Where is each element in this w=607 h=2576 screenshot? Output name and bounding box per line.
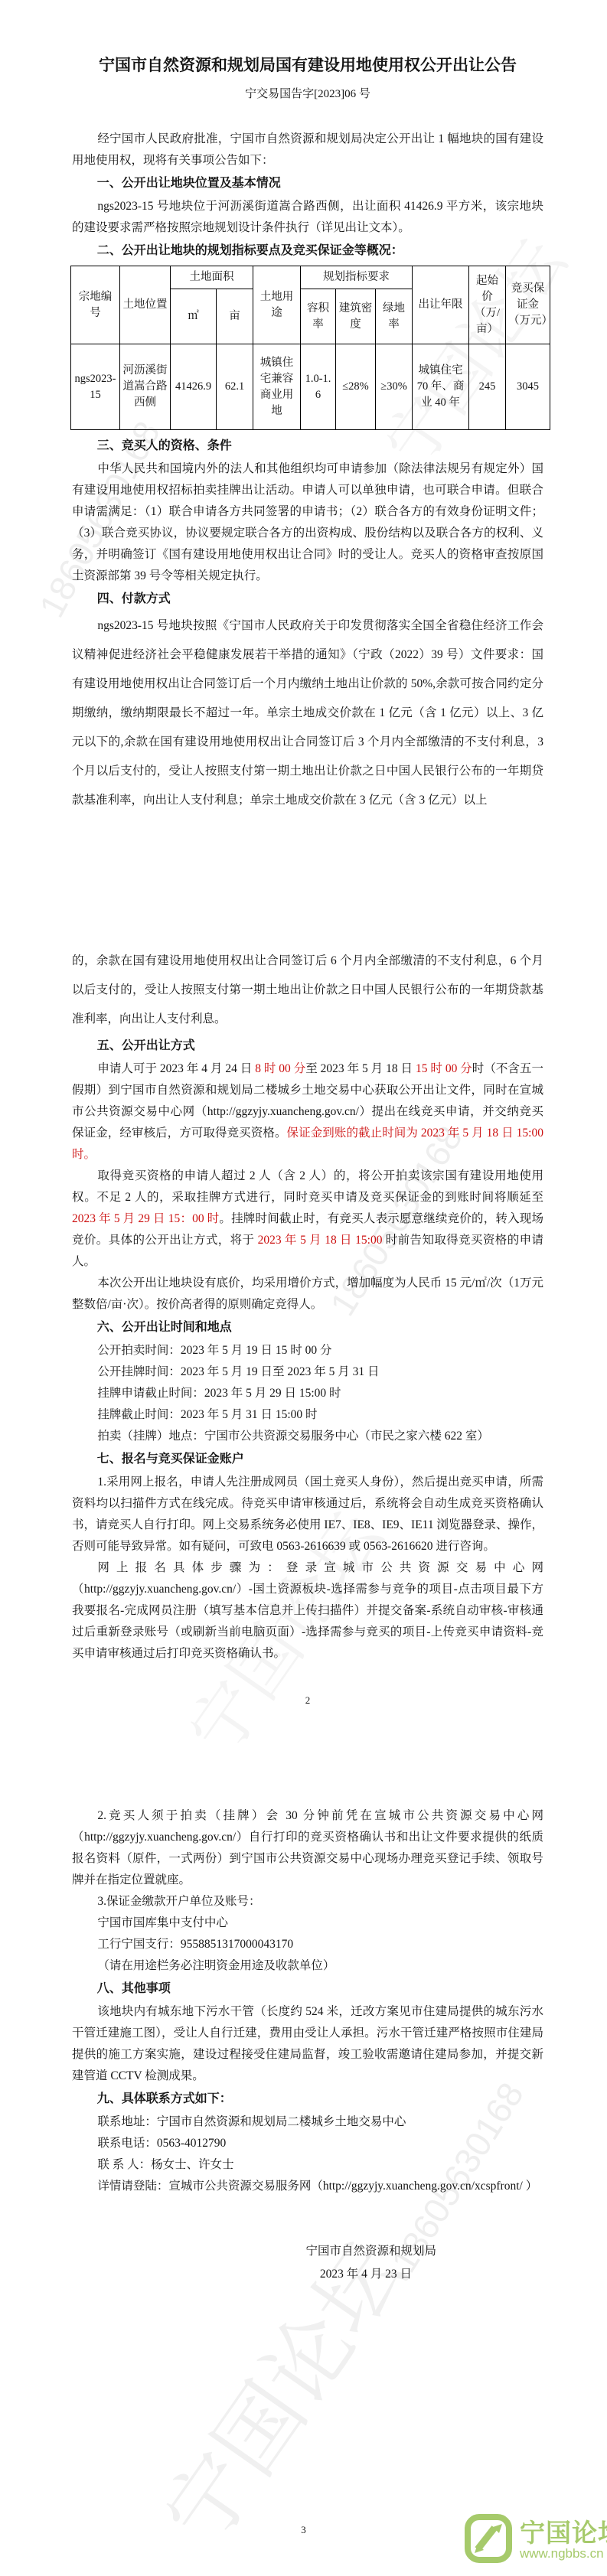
paragraph-text: 3.保证金缴款开户单位及账号： [97, 1895, 260, 1908]
forum-brand: 宁国论坛 www.ngbbs.cn [464, 2513, 607, 2568]
paragraph-text: 1.采用网上报名，申请人先注册成网员（国土竞买人身份），然后提出竞买申请，所需资… [72, 1475, 543, 1553]
paragraph: 联 系 人：杨女士、许女士 [72, 2154, 543, 2176]
paragraph: ngs2023-15 号地块位于河沥溪街道嵩合路西侧，出让面积 41426.9 … [72, 196, 543, 239]
paragraph: 拍卖（挂牌）地点：宁国市公共资源交易服务中心（市民之家六楼 622 室） [72, 1426, 543, 1447]
section-heading: 一、公开出让地块位置及基本情况 [72, 172, 543, 195]
blocks-after-table: 三、竞买人的资格、条件中华人民共和国境内外的法人和其他组织均可申请参加（除法律法… [72, 435, 543, 2197]
paragraph: 工行宁国支行：9558851317000043170 [72, 1934, 543, 1955]
announcement-document: 18605630168宁国论坛18605630168宁国论坛1860563016… [0, 0, 607, 2576]
signature-block: 宁国市自然资源和规划局 2023 年 4 月 23 日 [72, 2240, 543, 2286]
paragraph: 公开挂牌时间：2023 年 5 月 19 日至 2023 年 5 月 31 日 [72, 1361, 543, 1383]
section-heading: 三、竞买人的资格、条件 [72, 435, 543, 458]
paragraph-text: 详情请登陆：宣城市公共资源交易服务网（http://ggzyjy.xuanche… [97, 2180, 537, 2193]
paragraph: 联系地址：宁国市自然资源和规划局二楼城乡土地交易中心 [72, 2111, 543, 2133]
paragraph: 经宁国市人民政府批准，宁国市自然资源和规划局决定公开出让 1 幅地块的国有建设用… [72, 129, 543, 171]
col-header-green: 绿地率 [376, 289, 413, 344]
paragraph-text: 至 2023 年 5 月 18 日 [305, 1062, 416, 1075]
col-header-land-area: 土地面积 [171, 266, 253, 289]
signature-org: 宁国市自然资源和规划局 [72, 2240, 543, 2263]
deadline-highlight-text: 2023 年 5 月 18 日 15:00 [258, 1234, 383, 1247]
paragraph-text: 网上报名具体步骤为：登录宣城市公共资源交易中心网（http://ggzyjy.x… [72, 1561, 543, 1660]
signature-date: 2023 年 4 月 23 日 [72, 2263, 543, 2286]
paragraph: 申请人可于 2023 年 4 月 24 日 8 时 00 分至 2023 年 5… [72, 1058, 543, 1166]
cell-green: ≥30% [376, 344, 413, 430]
table-row: ngs2023-15 河沥溪街道嵩合路西侧 41426.9 62.1 城镇住宅兼… [71, 344, 550, 430]
paragraph: 详情请登陆：宣城市公共资源交易服务网（http://ggzyjy.xuanche… [72, 2176, 543, 2197]
page-break-gap [72, 1707, 543, 1805]
paragraph: 挂牌截止时间：2023 年 5 月 31 日 15:00 时 [72, 1404, 543, 1426]
col-header-land-use: 土地用途 [253, 266, 301, 344]
paragraph: 中华人民共和国境内外的法人和其他组织均可申请参加（除法律法规另有规定外）国有建设… [72, 458, 543, 587]
paragraph: 联系电话：0563-4012790 [72, 2133, 543, 2154]
paragraph-text: 挂牌申请截止时间：2023 年 5 月 29 日 15:00 时 [97, 1387, 341, 1400]
cell-far: 1.0-1.6 [301, 344, 336, 430]
paragraph-text: 联 系 人：杨女士、许女士 [97, 2158, 233, 2171]
section-heading: 五、公开出让方式 [72, 1035, 543, 1058]
paragraph-text: 该地块内有城东地下污水干管（长度约 524 米，迁改方案见市住建局提供的城东污水… [72, 2005, 543, 2082]
paragraph-text: 申请人可于 2023 年 4 月 24 日 [97, 1062, 255, 1075]
cell-term: 城镇住宅 70 年、商业 40 年 [413, 344, 469, 430]
paragraph-text: 拍卖（挂牌）地点：宁国市公共资源交易服务中心（市民之家六楼 622 室） [97, 1430, 489, 1443]
deadline-highlight-text: 2023 年 5 月 29 日 15：00 时 [72, 1212, 219, 1225]
paragraph: 网上报名具体步骤为：登录宣城市公共资源交易中心网（http://ggzyjy.x… [72, 1557, 543, 1665]
forum-url: www.ngbbs.cn [520, 2547, 607, 2561]
col-header-far: 容积率 [301, 289, 336, 344]
paragraph-text: 联系地址：宁国市自然资源和规划局二楼城乡土地交易中心 [97, 2115, 406, 2128]
section-heading: 六、公开出让时间和地点 [72, 1316, 543, 1339]
paragraph: （请在用途栏务必注明资金用途及收款单位） [72, 1955, 543, 1977]
page-number: 2 [72, 1694, 543, 1707]
deadline-highlight-text: 8 时 00 分 [255, 1062, 305, 1075]
section-heading: 八、其他事项 [72, 1978, 543, 2000]
paragraph-text: 经宁国市人民政府批准，宁国市自然资源和规划局决定公开出让 1 幅地块的国有建设用… [72, 132, 543, 167]
cell-mu: 62.1 [217, 344, 253, 430]
cell-start-price: 245 [469, 344, 506, 430]
paragraph: 的，余款在国有建设用地使用权出让合同签订后 6 个月内全部缴清的不支付利息，6 … [72, 947, 543, 1034]
paragraph: 公开拍卖时间：2023 年 5 月 19 日 15 时 00 分 [72, 1340, 543, 1361]
section-heading: 九、具体联系方式如下： [72, 2088, 543, 2111]
blocks-before-table: 经宁国市人民政府批准，宁国市自然资源和规划局决定公开出让 1 幅地块的国有建设用… [72, 129, 543, 262]
page-title: 宁国市自然资源和规划局国有建设用地使用权公开出让公告 [72, 55, 543, 77]
paragraph-text: 工行宁国支行：9558851317000043170 [97, 1938, 293, 1951]
cell-deposit: 3045 [506, 344, 550, 430]
paragraph: 1.采用网上报名，申请人先注册成网员（国土竞买人身份），然后提出竞买申请，所需资… [72, 1472, 543, 1557]
ngbbs-logo-icon [464, 2513, 513, 2568]
paragraph: 2.竞买人须于拍卖（挂牌）会 30 分钟前凭在宣城市公共资源交易中心网（http… [72, 1805, 543, 1891]
paragraph-text: 取得竞买资格的申请人超过 2 人（含 2 人）的，将公开拍卖该宗国有建设用地使用… [72, 1169, 543, 1204]
paragraph: 挂牌申请截止时间：2023 年 5 月 29 日 15:00 时 [72, 1383, 543, 1404]
paragraph: 该地块内有城东地下污水干管（长度约 524 米，迁改方案见市住建局提供的城东污水… [72, 2001, 543, 2087]
section-heading: 二、公开出让地块的规划指标要点及竞买保证金等概况： [72, 240, 543, 262]
document-content: 宁国市自然资源和规划局国有建设用地使用权公开出让公告 宁交易国告字[2023]0… [0, 0, 607, 2286]
paragraph-text: 公开拍卖时间：2023 年 5 月 19 日 15 时 00 分 [97, 1344, 331, 1357]
col-header-mu: 亩 [217, 289, 253, 344]
paragraph-text: （请在用途栏务必注明资金用途及收款单位） [97, 1959, 335, 1972]
paragraph-text: 中华人民共和国境内外的法人和其他组织均可申请参加（除法律法规另有规定外）国有建设… [72, 462, 543, 582]
col-header-term: 出让年限 [413, 266, 469, 344]
paragraph-text: ngs2023-15 号地块按照《宁国市人民政府关于印发贯彻落实全国全省稳住经济… [72, 619, 543, 807]
cell-sqm: 41426.9 [171, 344, 217, 430]
paragraph-text: ngs2023-15 号地块位于河沥溪街道嵩合路西侧，出让面积 41426.9 … [72, 200, 543, 234]
paragraph-text: 联系电话：0563-4012790 [97, 2137, 226, 2150]
cell-location: 河沥溪街道嵩合路西侧 [120, 344, 171, 430]
cell-density: ≤28% [336, 344, 376, 430]
paragraph: ngs2023-15 号地块按照《宁国市人民政府关于印发贯彻落实全国全省稳住经济… [72, 611, 543, 815]
paragraph-text: 公开挂牌时间：2023 年 5 月 19 日至 2023 年 5 月 31 日 [97, 1365, 379, 1378]
cell-land-use: 城镇住宅兼容商业用地 [253, 344, 301, 430]
col-header-density: 建筑密度 [336, 289, 376, 344]
paragraph-text: 本次公开出让地块设有底价，均采用增价方式，增加幅度为人民币 15 元/㎡/次（1… [72, 1277, 543, 1311]
col-header-deposit: 竞买保证金（万元） [506, 266, 550, 344]
paragraph-text: 2.竞买人须于拍卖（挂牌）会 30 分钟前凭在宣城市公共资源交易中心网（http… [72, 1809, 543, 1886]
col-header-start-price: 起始价（万/亩） [469, 266, 506, 344]
forum-name: 宁国论坛 [520, 2520, 607, 2547]
cell-parcel-no: ngs2023-15 [71, 344, 120, 430]
paragraph: 取得竞买资格的申请人超过 2 人（含 2 人）的，将公开拍卖该宗国有建设用地使用… [72, 1166, 543, 1273]
paragraph-text: 挂牌截止时间：2023 年 5 月 31 日 15:00 时 [97, 1408, 317, 1421]
page-break-gap [72, 815, 543, 947]
section-heading: 七、报名与竞买保证金账户 [72, 1448, 543, 1471]
paragraph-text: 的，余款在国有建设用地使用权出让合同签订后 6 个月内全部缴清的不支付利息，6 … [72, 954, 543, 1026]
deadline-highlight-text: 15 时 00 分 [416, 1062, 472, 1075]
paragraph-text: 宁国市国库集中支付中心 [97, 1916, 228, 1929]
col-header-plan-req: 规划指标要求 [301, 266, 413, 289]
paragraph: 宁国市国库集中支付中心 [72, 1912, 543, 1934]
paragraph: 本次公开出让地块设有底价，均采用增价方式，增加幅度为人民币 15 元/㎡/次（1… [72, 1273, 543, 1316]
col-header-parcel-no: 宗地编号 [71, 266, 120, 344]
section-heading: 四、付款方式 [72, 588, 543, 611]
parcel-table: 宗地编号 土地位置 土地面积 土地用途 规划指标要求 出让年限 起始价（万/亩）… [70, 266, 550, 430]
col-header-sqm: ㎡ [171, 289, 217, 344]
document-number: 宁交易国告字[2023]06 号 [72, 86, 543, 103]
paragraph: 3.保证金缴款开户单位及账号： [72, 1891, 543, 1912]
col-header-location: 土地位置 [120, 266, 171, 344]
